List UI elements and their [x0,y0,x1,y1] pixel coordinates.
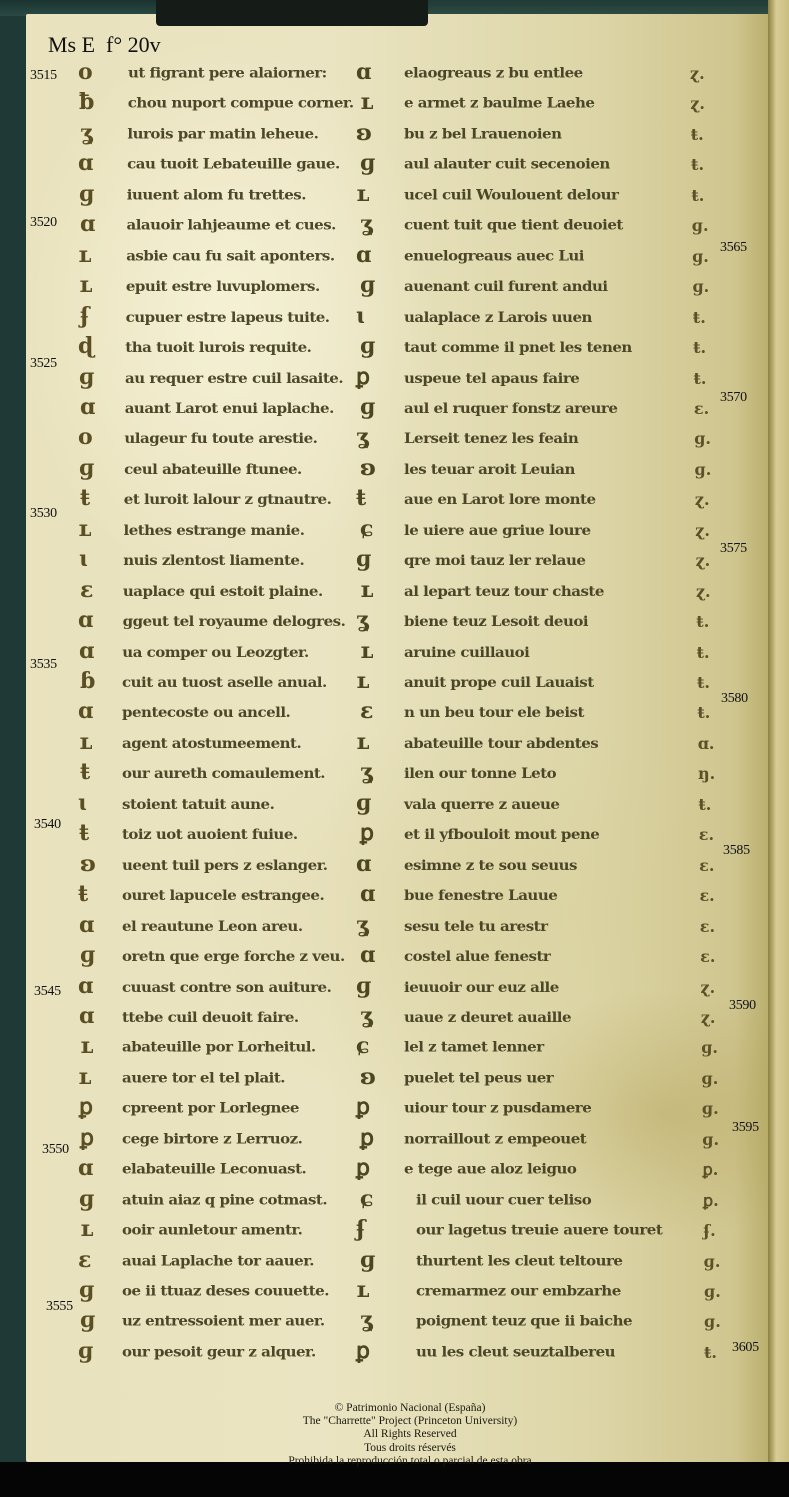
margin-initial: ʚ [360,1066,376,1088]
line-number: 3585 [723,843,750,859]
margin-initial: ꝑ [356,1340,370,1362]
verse-line: bu z bel Lrauenoien [404,125,562,142]
margin-initial: ʓ [360,761,373,783]
line-marker: ɡ. [702,1099,719,1118]
margin-initial: ʟ [360,579,374,601]
verse-line: cuent tuit que tient deuoiet [404,217,623,234]
line-marker: ŧ. [693,308,706,327]
margin-initial: ʓ [356,426,369,448]
footer-line: © Patrimonio Nacional (España) [240,1402,580,1415]
verse-line: our aureth comaulement. [122,765,325,782]
footer-line: Prohibida la reproducción total o parcia… [240,1455,580,1468]
margin-initial: ꝑ [79,1096,93,1118]
line-marker: ɛ. [700,947,715,966]
margin-initial: ɡ [356,548,371,570]
line-marker: ɛ. [694,399,709,418]
verse-line: oretn que erge forche z veu. [122,947,345,964]
line-marker: ɀ. [696,582,711,601]
margin-initial: ɑ [360,883,375,905]
line-marker: ɡ. [702,1069,719,1088]
footer-line: The "Charrette" Project (Princeton Unive… [240,1415,580,1428]
margin-initial: ʟ [356,731,370,753]
margin-initial: ʟ [356,670,370,692]
scan-background-top-right [428,0,768,14]
verse-line: uaue z deuret auaille [404,1008,571,1025]
margin-initial: ɑ [80,396,95,418]
verse-line: sesu tele tu arestr [404,917,548,934]
margin-initial: ꝑ [356,1157,370,1179]
line-marker: ŧ. [691,155,704,174]
verse-line: lel z tamet lenner [404,1039,544,1056]
line-marker: ŧ. [698,795,711,814]
margin-initial: ɩ [78,792,86,814]
verse-line: auant Larot enui laplache. [125,399,334,416]
line-number: 3525 [30,356,57,372]
verse-line: et il yfbouloit mout pene [404,826,599,843]
verse-line: cuit au tuost aselle anual. [122,673,327,690]
verse-line: et luroit lalour z gtnautre. [124,491,332,508]
line-number: 3550 [42,1142,69,1158]
verse-line: ulageur fu toute arestie. [124,430,317,447]
margin-initial: ʓ [360,1309,373,1331]
margin-initial: ɛ [80,579,93,601]
verse-line: al lepart teuz tour chaste [404,582,604,599]
line-marker: ɡ. [702,1130,719,1149]
margin-initial: ɑ [78,152,93,174]
verse-line: nuis zlentost liamente. [123,552,304,569]
margin-initial: o [78,61,93,83]
margin-initial: ʟ [356,1279,370,1301]
verse-line: ut figrant pere alaiorner: [128,64,327,81]
margin-initial: ʚ [356,122,372,144]
verse-line: ceul abateuille ftunee. [124,460,302,477]
verse-line: esimne z te sou seuus [404,856,577,873]
verse-line: asbie cau fu sait aponters. [126,247,334,264]
verse-line: elaogreaus z bu entlee [404,64,583,81]
line-marker: ŧ. [693,338,706,357]
verse-line: stoient tatuit aune. [122,795,274,812]
verse-line: le uiere aue griue loure [404,521,591,538]
margin-initial: ʟ [80,1035,94,1057]
margin-initial: ʟ [79,274,93,296]
margin-initial: ŧ [356,487,366,509]
line-marker: ɀ. [690,94,705,113]
margin-initial: ɡ [79,1188,94,1210]
copyright-footer: © Patrimonio Nacional (España) The "Char… [240,1402,580,1468]
line-marker: ɛ. [699,856,714,875]
line-marker: ɀ. [696,551,711,570]
margin-initial: ɑ [79,1005,94,1027]
line-marker: ŧ. [691,125,704,144]
line-marker: ɀ. [695,490,710,509]
margin-initial: ŧ [78,883,88,905]
margin-initial: ɡ [79,1279,94,1301]
line-marker: ɛ. [699,886,714,905]
margin-initial: ʓ [360,213,373,235]
line-number: 3570 [720,390,747,406]
line-number: 3565 [720,240,747,256]
line-marker: ɡ. [692,247,709,266]
line-marker: ŧ. [704,1343,717,1362]
line-marker: ɑ. [698,734,715,753]
verse-line: ooir aunletour amentr. [122,1222,302,1239]
verse-line: aul el ruquer fonstz areure [404,399,617,416]
line-marker: ɡ. [704,1252,721,1271]
line-marker: ɀ. [695,521,710,540]
verse-line: ieuuoir our euz alle [404,978,559,995]
line-number: 3540 [34,817,61,833]
margin-initial: ɡ [78,1340,93,1362]
verse-line: ttebe cuil deuoit faire. [122,1008,299,1025]
line-number: 3555 [46,1299,73,1315]
line-marker: ɀ. [701,1008,716,1027]
line-marker: ɛ. [700,917,715,936]
verse-line: biene teuz Lesoit deuoi [404,613,588,630]
verse-line: agent atostumeement. [122,734,301,751]
verse-line: enuelogreaus auec Lui [404,247,584,264]
verse-line: e tege aue aloz leiguo [404,1161,576,1178]
verse-line: chou nuport compue corner. [128,95,354,112]
line-marker: ŋ. [698,764,715,783]
margin-initial: ɑ [356,244,371,266]
verse-line: pentecoste ou ancell. [122,704,290,721]
verse-line: il cuil uour cuer teliso [416,1191,591,1208]
margin-initial: ɡ [356,792,371,814]
verse-line: ouret lapucele estrangee. [122,887,324,904]
verse-line: cpreent por Lorlegnee [122,1100,299,1117]
line-number: 3605 [732,1340,759,1356]
verse-line: aue en Larot lore monte [404,491,596,508]
verse-line: vala querre z aueue [404,795,559,812]
line-number: 3535 [30,657,57,673]
margin-initial: ɖ [78,335,93,357]
line-number: 3545 [34,984,61,1000]
verse-line: auai Laplache tor aauer. [122,1252,314,1269]
line-marker: ɡ. [692,216,709,235]
clamp-bar [156,0,428,26]
margin-initial: ŧ [79,822,89,844]
line-marker: ɡ. [704,1312,721,1331]
verse-line: bue fenestre Lauue [404,887,557,904]
margin-initial: o [78,426,93,448]
verse-line: au requer estre cuil lasaite. [125,369,343,386]
margin-initial: ʟ [78,244,92,266]
margin-initial: ɕ [360,1188,373,1210]
line-marker: ɡ. [701,1038,718,1057]
margin-initial: ɡ [356,975,371,997]
margin-initial: ɩ [79,548,87,570]
line-number: 3590 [729,998,756,1014]
line-marker: ꝑ. [703,1191,719,1210]
verse-line: aruine cuillauoi [404,643,529,660]
verse-line: auere tor el tel plait. [122,1069,285,1086]
margin-initial: ʟ [360,640,374,662]
verse-line: iuuent alom fu trettes. [127,186,306,203]
margin-initial: ɡ [80,944,95,966]
verse-line: ilen our tonne Leto [404,765,556,782]
verse-line: uaplace qui estoit plaine. [123,582,323,599]
line-marker: ɀ. [690,64,705,83]
line-marker: ŧ. [696,612,709,631]
verse-line: tha tuoit lurois requite. [125,338,311,355]
margin-initial: ɑ [78,975,93,997]
margin-initial: ꝑ [360,822,374,844]
line-marker: ŧ. [697,643,710,662]
line-marker: ɡ. [695,460,712,479]
margin-initial: ɑ [79,640,94,662]
verse-line: ualaplace z Larois uuen [404,308,592,325]
verse-line: e armet z baulme Laehe [404,95,594,112]
margin-initial: ʟ [78,518,92,540]
margin-initial: ɕ [356,1035,369,1057]
verse-line: qre moi tauz ler relaue [404,552,585,569]
verse-line: ua comper ou Leozgter. [122,643,308,660]
verse-line: cege birtore z Lerruoz. [122,1130,302,1147]
verse-line: anuit prope cuil Lauaist [404,673,594,690]
verse-line: uspeue tel apaus faire [404,369,579,386]
margin-initial: ʓ [360,1005,373,1027]
line-marker: ʄ. [703,1221,715,1240]
verse-line: ueent tuil pers z eslanger. [122,856,327,873]
verse-line: cupuer estre lapeus tuite. [126,308,330,325]
verse-line: ggeut tel royaume delogres. [123,613,346,630]
verse-line: thurtent les cleut teltoure [416,1252,622,1269]
margin-initial: ɓ [80,670,95,692]
verse-line: toiz uot auoient fuiue. [122,826,298,843]
line-number: 3530 [30,506,57,522]
verse-line: epuit estre luvuplomers. [126,278,320,295]
verse-line: cau tuoit Lebateuille gaue. [127,156,340,173]
margin-initial: ɑ [78,700,93,722]
verse-line: abateuille tour abdentes [404,734,598,751]
margin-initial: ɡ [360,396,375,418]
margin-initial: ŧ [80,761,90,783]
verse-line: uz entressoient mer auer. [122,1313,325,1330]
line-marker: ɀ. [701,978,716,997]
verse-line: taut comme il pnet les tenen [404,338,632,355]
verse-line: costel alue fenestr [404,947,550,964]
margin-initial: ɑ [360,944,375,966]
line-marker: ŧ. [694,369,707,388]
folio-title: Ms E f° 20v [48,32,161,58]
line-marker: ɡ. [704,1282,721,1301]
margin-initial: ʚ [360,457,376,479]
margin-initial: ɑ [78,609,93,631]
margin-initial: ʚ [80,853,96,875]
margin-initial: ɑ [79,914,94,936]
verse-line: n un beu tour ele beist [404,704,584,721]
line-marker: ꝑ. [703,1160,719,1179]
margin-initial: ɡ [79,366,94,388]
margin-initial: ɑ [356,853,371,875]
line-marker: ɡ. [694,429,711,448]
margin-initial: ʄ [356,1218,365,1240]
line-marker: ŧ. [697,673,710,692]
margin-initial: ɑ [80,213,95,235]
margin-initial: ʟ [79,731,93,753]
line-number: 3575 [720,541,747,557]
line-number: 3580 [721,691,748,707]
footer-line: All Rights Reserved [240,1428,580,1441]
verse-line: puelet tel peus uer [404,1069,553,1086]
verse-line: lethes estrange manie. [124,521,305,538]
line-number: 3515 [30,68,57,84]
margin-initial: ɑ [78,1157,93,1179]
margin-initial: ɡ [80,1309,95,1331]
margin-initial: ƀ [79,91,94,113]
margin-initial: ʄ [80,305,89,327]
line-marker: ŧ. [691,186,704,205]
line-number: 3595 [732,1120,759,1136]
margin-initial: ʟ [78,1066,92,1088]
verse-line: abateuille por Lorheitul. [122,1039,316,1056]
verse-line: uiour tour z pusdamere [404,1100,591,1117]
margin-initial: ʟ [80,1218,94,1240]
verse-line: poignent teuz que ii baiche [416,1313,632,1330]
margin-initial: ʓ [356,914,369,936]
margin-initial: ʟ [360,91,374,113]
verse-line: aul alauter cuit secenoien [404,156,610,173]
margin-initial: ꝑ [80,1127,94,1149]
margin-initial: ɡ [79,457,94,479]
margin-initial: ɛ [78,1249,91,1271]
footer-line: Tous droits réservés [240,1442,580,1455]
verse-line: lurois par matin leheue. [127,125,318,142]
margin-initial: ɡ [360,1249,375,1271]
verse-line: uu les cleut seuztalbereu [416,1343,615,1360]
verse-line: oe ii ttuaz deses couuette. [122,1282,329,1299]
verse-line: cuuast contre son auiture. [122,978,331,995]
verse-line: alauoir lahjeaume et cues. [127,217,336,234]
margin-initial: ɛ [360,700,373,722]
line-marker: ɡ. [692,277,709,296]
margin-initial: ʓ [356,609,369,631]
verse-line: our pesoit geur z alquer. [122,1343,316,1360]
margin-initial: ꝑ [356,366,370,388]
verse-line: elabateuille Leconuast. [122,1161,306,1178]
margin-initial: ɡ [360,274,375,296]
margin-initial: ʓ [80,122,93,144]
margin-initial: ꝑ [360,1127,374,1149]
verse-line: norraillout z empeouet [404,1130,586,1147]
line-number: 3520 [30,215,57,231]
margin-initial: ɕ [360,518,373,540]
margin-initial: ɑ [356,61,371,83]
margin-initial: ɡ [360,335,375,357]
verse-line: atuin aiaz q pine cotmast. [122,1191,327,1208]
margin-initial: ŧ [80,487,90,509]
verse-line: les teuar aroit Leuian [404,460,575,477]
verse-line: cremarmez our embzarhe [416,1282,621,1299]
margin-initial: ɡ [79,183,94,205]
line-marker: ŧ. [697,703,710,722]
verse-line: our lagetus treuie auere touret [416,1222,662,1239]
line-marker: ɛ. [699,825,714,844]
verse-line: auenant cuil furent andui [404,278,608,295]
verse-line: ucel cuil Woulouent delour [404,186,618,203]
margin-initial: ɩ [356,305,364,327]
verse-line: el reautune Leon areu. [122,917,303,934]
margin-initial: ꝑ [356,1096,370,1118]
page-edge-right [768,0,789,1462]
verse-line: Lerseit tenez les feain [404,430,578,447]
margin-initial: ʟ [356,183,370,205]
margin-initial: ɡ [360,152,375,174]
